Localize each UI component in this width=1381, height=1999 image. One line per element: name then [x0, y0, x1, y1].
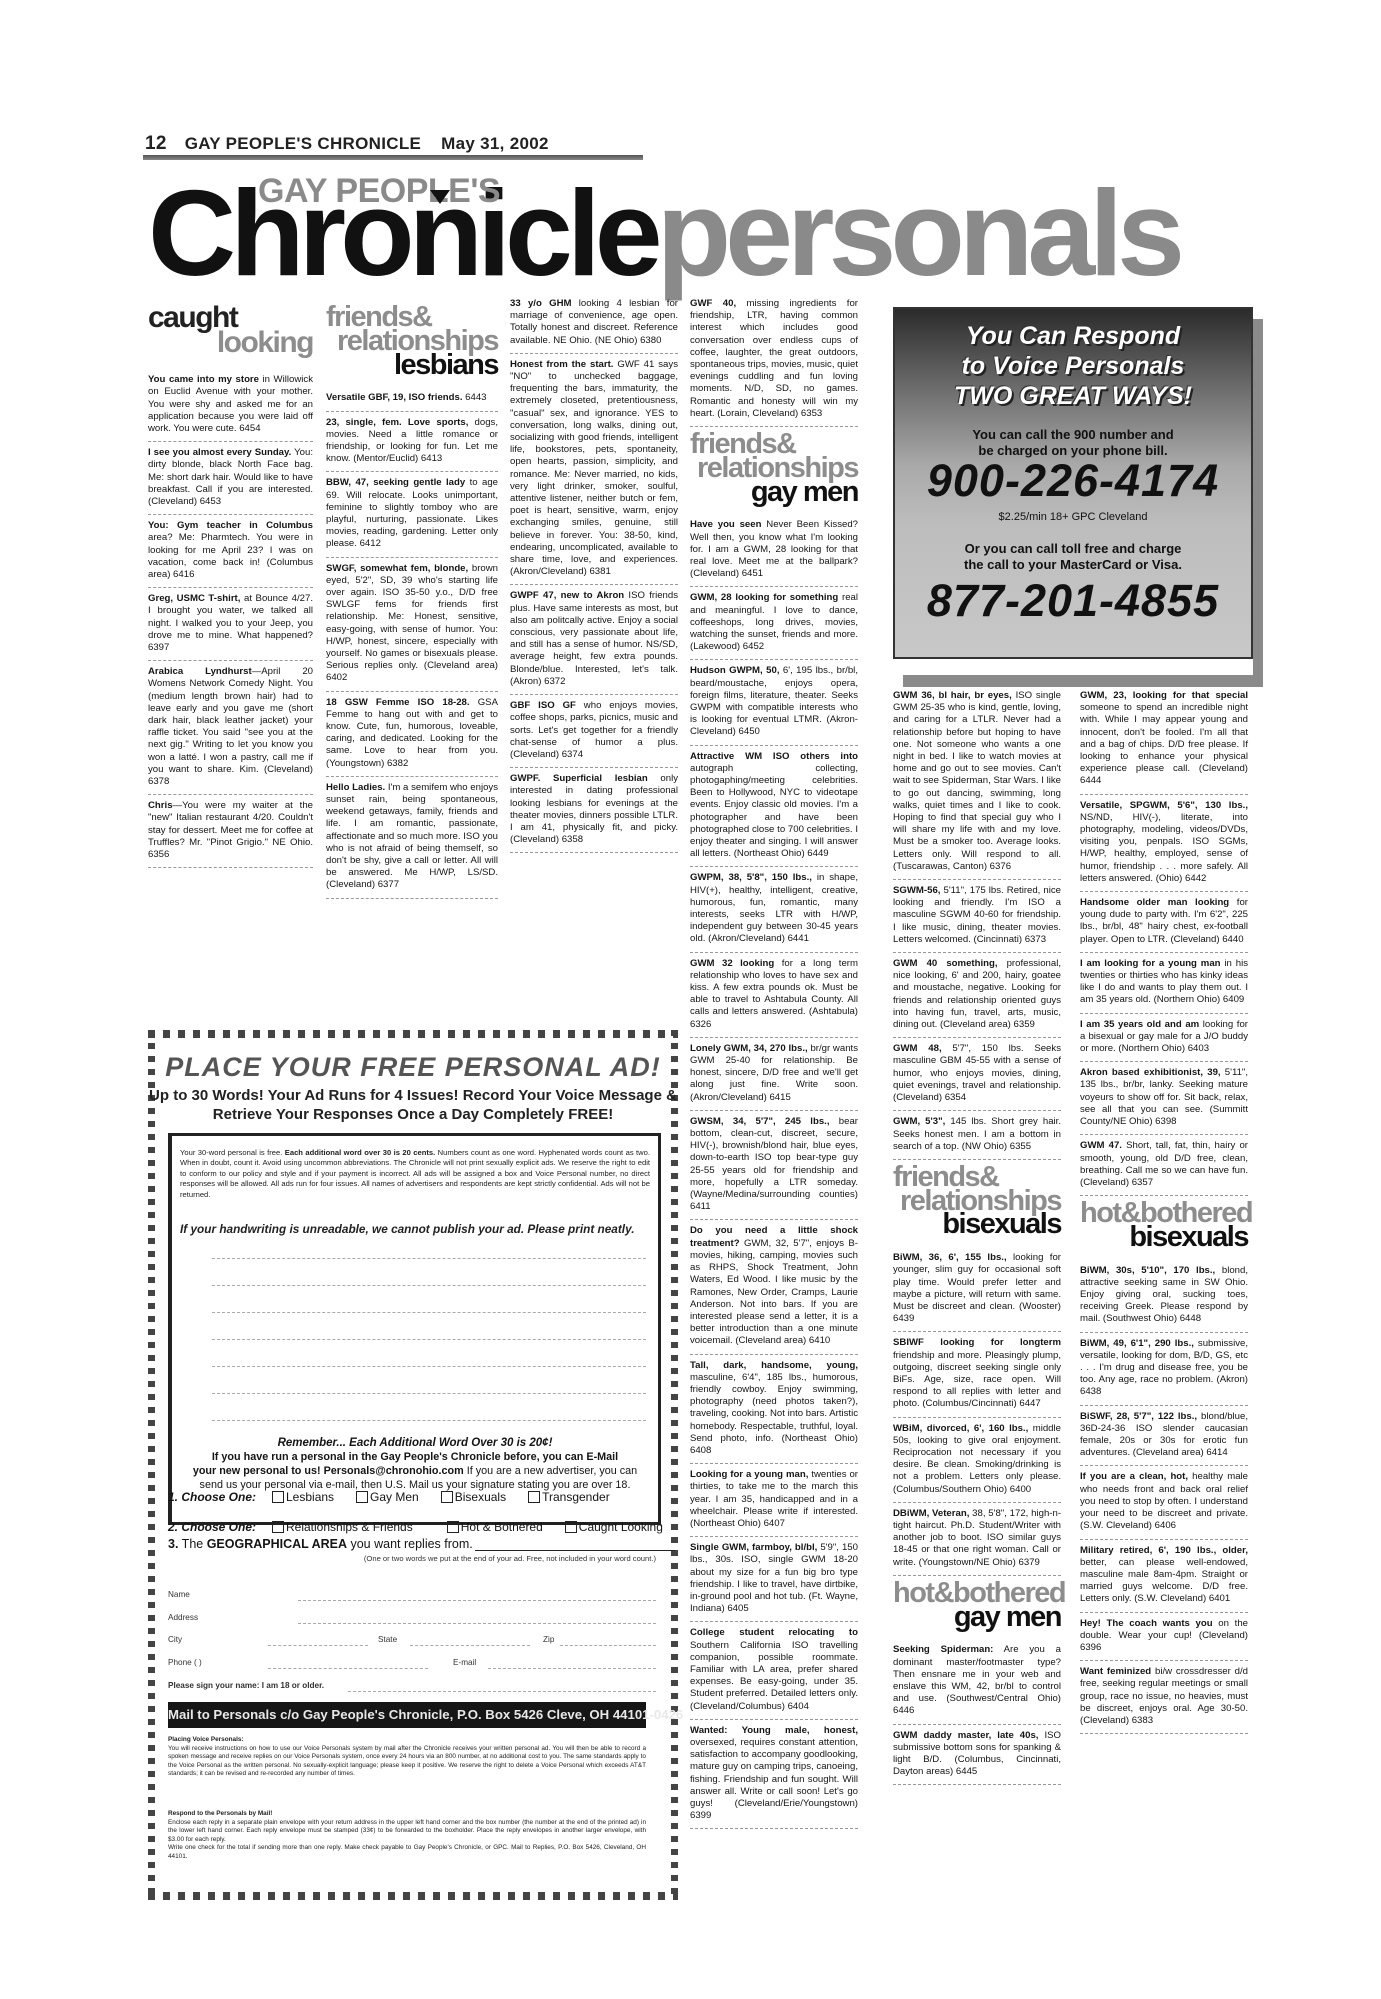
choose-section: 2. Choose One: Relationships & Friends H… — [168, 1520, 685, 1534]
personal-ad: GWM daddy master, late 40s, ISO submissi… — [893, 1725, 1061, 1786]
ad-lead: GWPF 47, new to Akron — [510, 590, 624, 601]
personal-ad: GWSM, 34, 5'7", 245 lbs., bear bottom, c… — [690, 1111, 858, 1221]
personal-ad: Military retired, 6', 190 lbs., older, b… — [1080, 1540, 1248, 1613]
personal-ad: If you are a clean, hot, healthy male wh… — [1080, 1466, 1248, 1539]
writing-line[interactable] — [212, 1420, 646, 1421]
personal-ad: Chris—You were my waiter at the "new" It… — [148, 795, 313, 868]
masthead-personals: personals — [657, 165, 1179, 301]
checkbox-icon[interactable] — [272, 1521, 284, 1533]
page-number: 12 — [145, 133, 167, 154]
ad-lead: Wanted: Young male, honest, — [690, 1725, 858, 1736]
ad-lead: SBIWF looking for longterm — [893, 1337, 1061, 1348]
personal-ad: Lonely GWM, 34, 270 lbs., br/gr wants GW… — [690, 1038, 858, 1111]
name-input[interactable] — [298, 1600, 656, 1601]
ads-list: BiWM, 30s, 5'10", 170 lbs., blond, attra… — [1080, 1260, 1248, 1735]
personal-ad: Looking for a young man, twenties or thi… — [690, 1464, 858, 1537]
name-label: Name — [168, 1590, 190, 1599]
personal-ad: Honest from the start. GWF 41 says "NO" … — [510, 354, 678, 586]
personal-ad: BiWM, 49, 6'1", 290 lbs., submissive, ve… — [1080, 1333, 1248, 1406]
ad-lead: Handsome older man looking — [1080, 897, 1229, 908]
ad-lead: Versatile GBF, 19, ISO friends. — [326, 392, 463, 403]
personal-ad: You: Gym teacher in Columbus area? Me: P… — [148, 515, 313, 588]
ad-lead: 33 y/o GHM — [510, 298, 572, 309]
checkbox-bisexuals[interactable]: Bisexuals — [441, 1490, 506, 1504]
ad-lead: Chris — [148, 800, 173, 811]
voice-personals-promo: You Can Respond to Voice Personals TWO G… — [893, 307, 1253, 675]
email-label: E-mail — [453, 1658, 476, 1667]
personal-ad: Versatile GBF, 19, ISO friends. 6443 — [326, 387, 498, 411]
mail-instructions: Respond to the Personals by Mail! Enclos… — [168, 1810, 646, 1862]
ad-lead: 18 GSW Femme ISO 18-28. — [326, 697, 470, 708]
ad-body: missing ingredients for friendship, LTR,… — [690, 298, 858, 419]
personal-ad: College student relocating to Southern C… — [690, 1622, 858, 1719]
triangle-icon — [430, 190, 450, 204]
ads-list: Versatile GBF, 19, ISO friends. 644323, … — [326, 387, 498, 898]
ad-lead: BiWM, 49, 6'1", 290 lbs., — [1080, 1338, 1194, 1349]
ads-list: Seeking Spiderman: Are you a dominant ma… — [893, 1639, 1061, 1785]
signature-label: Please sign your name: I am 18 or older. — [168, 1681, 324, 1690]
ad-lead: GWPM, 38, 5'8", 150 lbs., — [690, 872, 812, 883]
geo-input-line[interactable] — [475, 1550, 675, 1551]
section-header-fr-gay-men: friends& relationships gay men — [690, 427, 858, 514]
ad-lead: I am 35 years old and am — [1080, 1019, 1199, 1030]
ad-body: masculine, 6'4", 185 lbs., humorous, fri… — [690, 1372, 858, 1456]
ad-lead: Greg, USMC T-shirt, — [148, 593, 240, 604]
ad-body: GWM, 32, 5'7", enjoys B-movies, hiking, … — [690, 1238, 858, 1347]
ad-lead: I am looking for a young man — [1080, 958, 1221, 969]
personal-ad: BiSWF, 28, 5'7", 122 lbs., blond/blue, 3… — [1080, 1406, 1248, 1467]
dotted-border — [148, 1030, 155, 1900]
ad-body: —You were my waiter at the "new" Italian… — [148, 800, 313, 860]
personal-ad: Seeking Spiderman: Are you a dominant ma… — [893, 1639, 1061, 1724]
checkbox-icon[interactable] — [356, 1491, 368, 1503]
ad-body: bear bottom, clean-cut, discreet, secure… — [690, 1116, 858, 1212]
ad-lead: 23, single, fem. Love sports, — [326, 417, 468, 428]
ad-body: oversexed, requires constant attention, … — [690, 1737, 858, 1821]
state-label: State — [378, 1635, 397, 1644]
ads-list: GWF 40, missing ingredients for friendsh… — [690, 293, 858, 427]
ad-writing-area[interactable]: Your 30-word personal is free. Each addi… — [168, 1133, 661, 1525]
checkbox-icon[interactable] — [447, 1521, 459, 1533]
ad-lead: GWM, 5'3", — [893, 1116, 945, 1127]
ad-lead: SGWM-56, — [893, 885, 940, 896]
personal-ad: You came into my store in Willowick on E… — [148, 369, 313, 442]
ad-body: Southern California ISO travelling compa… — [690, 1640, 858, 1712]
personal-ad: BiWM, 36, 6', 155 lbs., looking for youn… — [893, 1247, 1061, 1332]
email-instructions: Remember... Each Additional Word Over 30… — [172, 1436, 658, 1492]
column-fr-lesbians: friends& relationships lesbians Versatil… — [326, 300, 498, 899]
dotted-border — [671, 1030, 678, 1900]
personal-ad: Do you need a little shock treatment? GW… — [690, 1220, 858, 1354]
ad-lead: GWPF. Superficial lesbian — [510, 773, 648, 784]
email-input[interactable] — [488, 1668, 656, 1669]
ad-lead: Single GWM, farmboy, bl/bl, — [690, 1542, 817, 1553]
writing-line[interactable] — [212, 1312, 646, 1313]
zip-input[interactable] — [560, 1645, 656, 1646]
personal-ad: GWPF. Superficial lesbian only intereste… — [510, 768, 678, 853]
ad-body: autograph collecting, photogaphing/meeti… — [690, 763, 858, 859]
personal-ad: SBIWF looking for longterm friendship an… — [893, 1332, 1061, 1417]
geographical-area-field[interactable]: 3. The GEOGRAPHICAL AREA you want replie… — [168, 1537, 675, 1551]
checkbox-hot-bothered[interactable]: Hot & Bothered — [447, 1520, 543, 1534]
personal-ad: GWM 32 looking for a long term relations… — [690, 953, 858, 1038]
address-input[interactable] — [298, 1623, 656, 1624]
checkbox-gay-men[interactable]: Gay Men — [356, 1490, 419, 1504]
ads-list: You came into my store in Willowick on E… — [148, 369, 313, 868]
personal-ad: GWF 40, missing ingredients for friendsh… — [690, 293, 858, 427]
ad-lead: Tall, dark, handsome, young, — [690, 1360, 858, 1371]
checkbox-icon[interactable] — [565, 1521, 577, 1533]
dotted-border — [148, 1030, 678, 1038]
ad-body: —April 20 Womens Network Comedy Night. Y… — [148, 666, 313, 787]
ad-lead: BiSWF, 28, 5'7", 122 lbs., — [1080, 1411, 1197, 1422]
ad-lead: BiWM, 30s, 5'10", 170 lbs., — [1080, 1265, 1215, 1276]
personal-ad: Tall, dark, handsome, young, masculine, … — [690, 1355, 858, 1465]
personal-ad: 33 y/o GHM looking 4 lesbian for marriag… — [510, 293, 678, 354]
personal-ad: Hey! The coach wants you on the double. … — [1080, 1613, 1248, 1662]
ad-body: ISO single GWM 25-35 who is kind, gentle… — [893, 690, 1061, 872]
personal-ad: Handsome older man looking for young dud… — [1080, 892, 1248, 953]
ad-lead: Looking for a young man, — [690, 1469, 808, 1480]
dotted-border — [148, 1892, 678, 1900]
personal-ad: Hello Ladies. I'm a semifem who enjoys s… — [326, 777, 498, 899]
personal-ad: Versatile, SPGWM, 5'6", 130 lbs., NS/ND,… — [1080, 795, 1248, 892]
personal-ad: BBW, 47, seeking gentle lady to age 69. … — [326, 472, 498, 557]
ads-list: BiWM, 36, 6', 155 lbs., looking for youn… — [893, 1247, 1061, 1576]
section-header-fr-lesbians: friends& relationships lesbians — [326, 300, 498, 387]
ad-body: 6443 — [463, 392, 487, 403]
ad-lead: GWSM, 34, 5'7", 245 lbs., — [690, 1116, 830, 1127]
zip-label: Zip — [543, 1635, 554, 1644]
column-5: GWM 36, bl hair, br eyes, ISO single GWM… — [893, 685, 1061, 1785]
writing-line[interactable] — [212, 1285, 646, 1286]
ad-body: friendship and more. Pleasingly plump, o… — [893, 1350, 1061, 1410]
ad-lead: Versatile, SPGWM, 5'6", 130 lbs., — [1080, 800, 1248, 811]
personal-ad: I am 35 years old and am looking for a b… — [1080, 1014, 1248, 1063]
personal-ad: GWM 36, bl hair, br eyes, ISO single GWM… — [893, 685, 1061, 880]
form-title: PLACE YOUR FREE PERSONAL AD! — [148, 1052, 678, 1083]
personal-ad: GWPF 47, new to Akron ISO friends plus. … — [510, 585, 678, 695]
ad-lead: WBiM, divorced, 6', 160 lbs., — [893, 1423, 1028, 1434]
ad-lead: You: Gym teacher in Columbus — [148, 520, 313, 531]
address-label: Address — [168, 1613, 198, 1622]
choose-category: 1. Choose One: Lesbians Gay Men Bisexual… — [168, 1490, 632, 1504]
rate-info: $2.25/min 18+ GPC Cleveland — [895, 511, 1251, 523]
personal-ad: GWM, 23, looking for that special someon… — [1080, 685, 1248, 795]
ad-lead: GWM 32 looking — [690, 958, 774, 969]
folio-line: 12GAY PEOPLE'S CHRONICLEMay 31, 2002 — [145, 133, 549, 155]
handwriting-notice: If your handwriting is unreadable, we ca… — [180, 1222, 634, 1236]
checkbox-caught-looking[interactable]: Caught Looking — [565, 1520, 663, 1534]
ad-lead: DBiWM, Veteran, — [893, 1508, 969, 1519]
personal-ad: Akron based exhibitionist, 39, 5'11", 13… — [1080, 1062, 1248, 1135]
personal-ad: GWM, 5'3", 145 lbs. Short grey hair. See… — [893, 1111, 1061, 1160]
folio-rule — [143, 155, 643, 160]
ad-lead: GWM 36, bl hair, br eyes, — [893, 690, 1012, 701]
writing-line[interactable] — [212, 1339, 646, 1340]
column-6: GWM, 23, looking for that special someon… — [1080, 685, 1248, 1734]
ad-lead: Seeking Spiderman: — [893, 1644, 993, 1655]
ad-lead: GWM 47. — [1080, 1140, 1122, 1151]
ad-lead: Honest from the start. — [510, 359, 613, 370]
personal-ad: 18 GSW Femme ISO 18-28. GSA Femme to han… — [326, 692, 498, 777]
ad-lead: GWM 40 something, — [893, 958, 998, 969]
checkbox-relationships-friends[interactable]: Relationships & Friends — [272, 1520, 413, 1534]
ad-lead: Want feminized — [1080, 1666, 1151, 1677]
personal-ad: GWPM, 38, 5'8", 150 lbs., in shape, HIV(… — [690, 867, 858, 952]
ads-list: GWM 36, bl hair, br eyes, ISO single GWM… — [893, 685, 1061, 1160]
personal-ad: DBiWM, Veteran, 38, 5'8", 172, high-n-ti… — [893, 1503, 1061, 1576]
ad-lead: GWM 48, — [893, 1043, 942, 1054]
paper-name: GAY PEOPLE'S CHRONICLE — [185, 134, 421, 153]
ad-lead: Hudson GWPM, 50, — [690, 665, 779, 676]
personal-ad: BiWM, 30s, 5'10", 170 lbs., blond, attra… — [1080, 1260, 1248, 1333]
ad-lead: I see you almost every Sunday. — [148, 447, 291, 458]
personal-ad: SGWM-56, 5'11", 175 lbs. Retired, nice l… — [893, 880, 1061, 953]
personal-ad: Wanted: Young male, honest, oversexed, r… — [690, 1720, 858, 1830]
city-label: City — [168, 1635, 182, 1644]
ad-lead: SWGF, somewhat fem, blonde, — [326, 563, 468, 574]
personal-ad: GWM 47. Short, tall, fat, thin, hairy or… — [1080, 1135, 1248, 1196]
ad-lead: Hello Ladies. — [326, 782, 385, 793]
ad-lead: You came into my store — [148, 374, 259, 385]
ad-lead: Arabica Lyndhurst — [148, 666, 252, 677]
signature-input[interactable] — [348, 1691, 656, 1692]
ad-body: area? Me: Pharmtech. You were in looking… — [148, 532, 313, 580]
phone-900[interactable]: 900-226-4174 — [895, 455, 1251, 507]
ad-lead: BiWM, 36, 6', 155 lbs., — [893, 1252, 1007, 1263]
personal-ad: GWM 48, 5'7", 150 lbs. Seeks masculine G… — [893, 1038, 1061, 1111]
checkbox-icon[interactable] — [441, 1491, 453, 1503]
personal-ad: GBF ISO GF who enjoys movies, coffee sho… — [510, 695, 678, 768]
personal-ad: Greg, USMC T-shirt, at Bounce 4/27. I br… — [148, 588, 313, 661]
ad-rules: Your 30-word personal is free. Each addi… — [180, 1148, 650, 1200]
personal-ad: GWM 40 something, professional, nice loo… — [893, 953, 1061, 1038]
ad-lead: BBW, 47, seeking gentle lady — [326, 477, 465, 488]
ad-lead: GWF 40, — [690, 298, 736, 309]
ad-lead: GBF ISO GF — [510, 700, 576, 711]
ad-body: GWF 41 says "NO" to unchecked baggage, f… — [510, 359, 678, 577]
ads-list: Have you seen Never Been Kissed? Well th… — [690, 514, 858, 1829]
checkbox-transgender[interactable]: Transgender — [528, 1490, 610, 1504]
section-header-caught-looking: caught looking — [148, 300, 313, 369]
personal-ad: Have you seen Never Been Kissed? Well th… — [690, 514, 858, 587]
checkbox-icon[interactable] — [528, 1491, 540, 1503]
column-lesbians-continued: 33 y/o GHM looking 4 lesbian for marriag… — [510, 293, 678, 853]
column-caught-looking: caught looking You came into my store in… — [148, 300, 313, 868]
personal-ad: SWGF, somewhat fem, blonde, brown eyed, … — [326, 558, 498, 692]
personal-ad: GWM, 28 looking for something real and m… — [690, 587, 858, 660]
personal-ad: Attractive WM ISO others into autograph … — [690, 746, 858, 868]
masthead-small: GAY PEOPLE'S — [258, 172, 500, 211]
ads-list: GWM, 23, looking for that special someon… — [1080, 685, 1248, 1196]
personal-ad: Want feminized bi/w crossdresser d/d fre… — [1080, 1661, 1248, 1734]
ad-lead: GWM, 28 looking for something — [690, 592, 838, 603]
ad-lead: GWM daddy master, late 40s, — [893, 1730, 1038, 1741]
mail-address-bar: Mail to Personals c/o Gay People's Chron… — [168, 1702, 646, 1728]
form-subtitle: Up to 30 Words! Your Ad Runs for 4 Issue… — [148, 1086, 678, 1124]
ad-lead: Lonely GWM, 34, 270 lbs., — [690, 1043, 808, 1054]
ads-list: 33 y/o GHM looking 4 lesbian for marriag… — [510, 293, 678, 853]
writing-line[interactable] — [212, 1393, 646, 1394]
ad-lead: College student relocating to — [690, 1627, 858, 1638]
writing-line[interactable] — [212, 1258, 646, 1259]
section-header-fr-bisexuals: friends& relationships bisexuals — [893, 1160, 1061, 1247]
geo-note: (One or two words we put at the end of y… — [364, 1554, 656, 1563]
column-gay-men: GWF 40, missing ingredients for friendsh… — [690, 293, 858, 1829]
ad-body: brown eyed, 5'2", SD, 39 who's starting … — [326, 563, 498, 684]
personal-ad: I see you almost every Sunday. You: dirt… — [148, 442, 313, 515]
personal-ad: Single GWM, farmboy, bl/bl, 5'9", 150 lb… — [690, 1537, 858, 1622]
checkbox-lesbians[interactable]: Lesbians — [272, 1490, 334, 1504]
ad-body: better, can please well-endowed, masculi… — [1080, 1557, 1248, 1605]
voice-instructions: Placing Voice Personals: You will receiv… — [168, 1736, 646, 1779]
personal-ad: Arabica Lyndhurst—April 20 Womens Networ… — [148, 661, 313, 795]
checkbox-icon[interactable] — [272, 1491, 284, 1503]
place-ad-form: PLACE YOUR FREE PERSONAL AD! Up to 30 Wo… — [148, 1030, 678, 1900]
issue-date: May 31, 2002 — [441, 134, 549, 153]
ad-lead: GWM, 23, looking for that special — [1080, 690, 1248, 701]
state-input[interactable] — [410, 1645, 530, 1646]
city-input[interactable] — [268, 1645, 368, 1646]
ad-body: I'm a semifem who enjoys sunset rain, be… — [326, 782, 498, 891]
ad-body: someone to spend an incredible night wit… — [1080, 702, 1248, 786]
personal-ad: I am looking for a young man in his twen… — [1080, 953, 1248, 1014]
writing-line[interactable] — [212, 1366, 646, 1367]
ad-lead: Akron based exhibitionist, 39, — [1080, 1067, 1221, 1078]
section-header-hb-bisexuals: hot&bothered bisexuals — [1080, 1196, 1248, 1260]
phone-label: Phone ( ) — [168, 1658, 202, 1667]
personal-ad: Hudson GWPM, 50, 6', 195 lbs., br/bl, be… — [690, 660, 858, 745]
ad-lead: Attractive WM ISO others into — [690, 751, 858, 762]
personal-ad: WBiM, divorced, 6', 160 lbs., middle 50s… — [893, 1418, 1061, 1503]
phone-input[interactable] — [268, 1668, 428, 1669]
ad-body: ISO friends plus. Have same interests as… — [510, 590, 678, 686]
personal-ad: 23, single, fem. Love sports, dogs, movi… — [326, 412, 498, 473]
ad-lead: Military retired, 6', 190 lbs., older, — [1080, 1545, 1248, 1556]
section-header-hb-gay-men: hot&bothered gay men — [893, 1576, 1061, 1640]
ad-body: NS/ND, HIV(-), literate, into photograph… — [1080, 812, 1248, 884]
phone-877[interactable]: 877-201-4855 — [895, 575, 1251, 627]
ad-lead: If you are a clean, hot, — [1080, 1471, 1188, 1482]
ad-lead: Hey! The coach wants you — [1080, 1618, 1213, 1629]
ad-lead: Have you seen — [690, 519, 761, 530]
